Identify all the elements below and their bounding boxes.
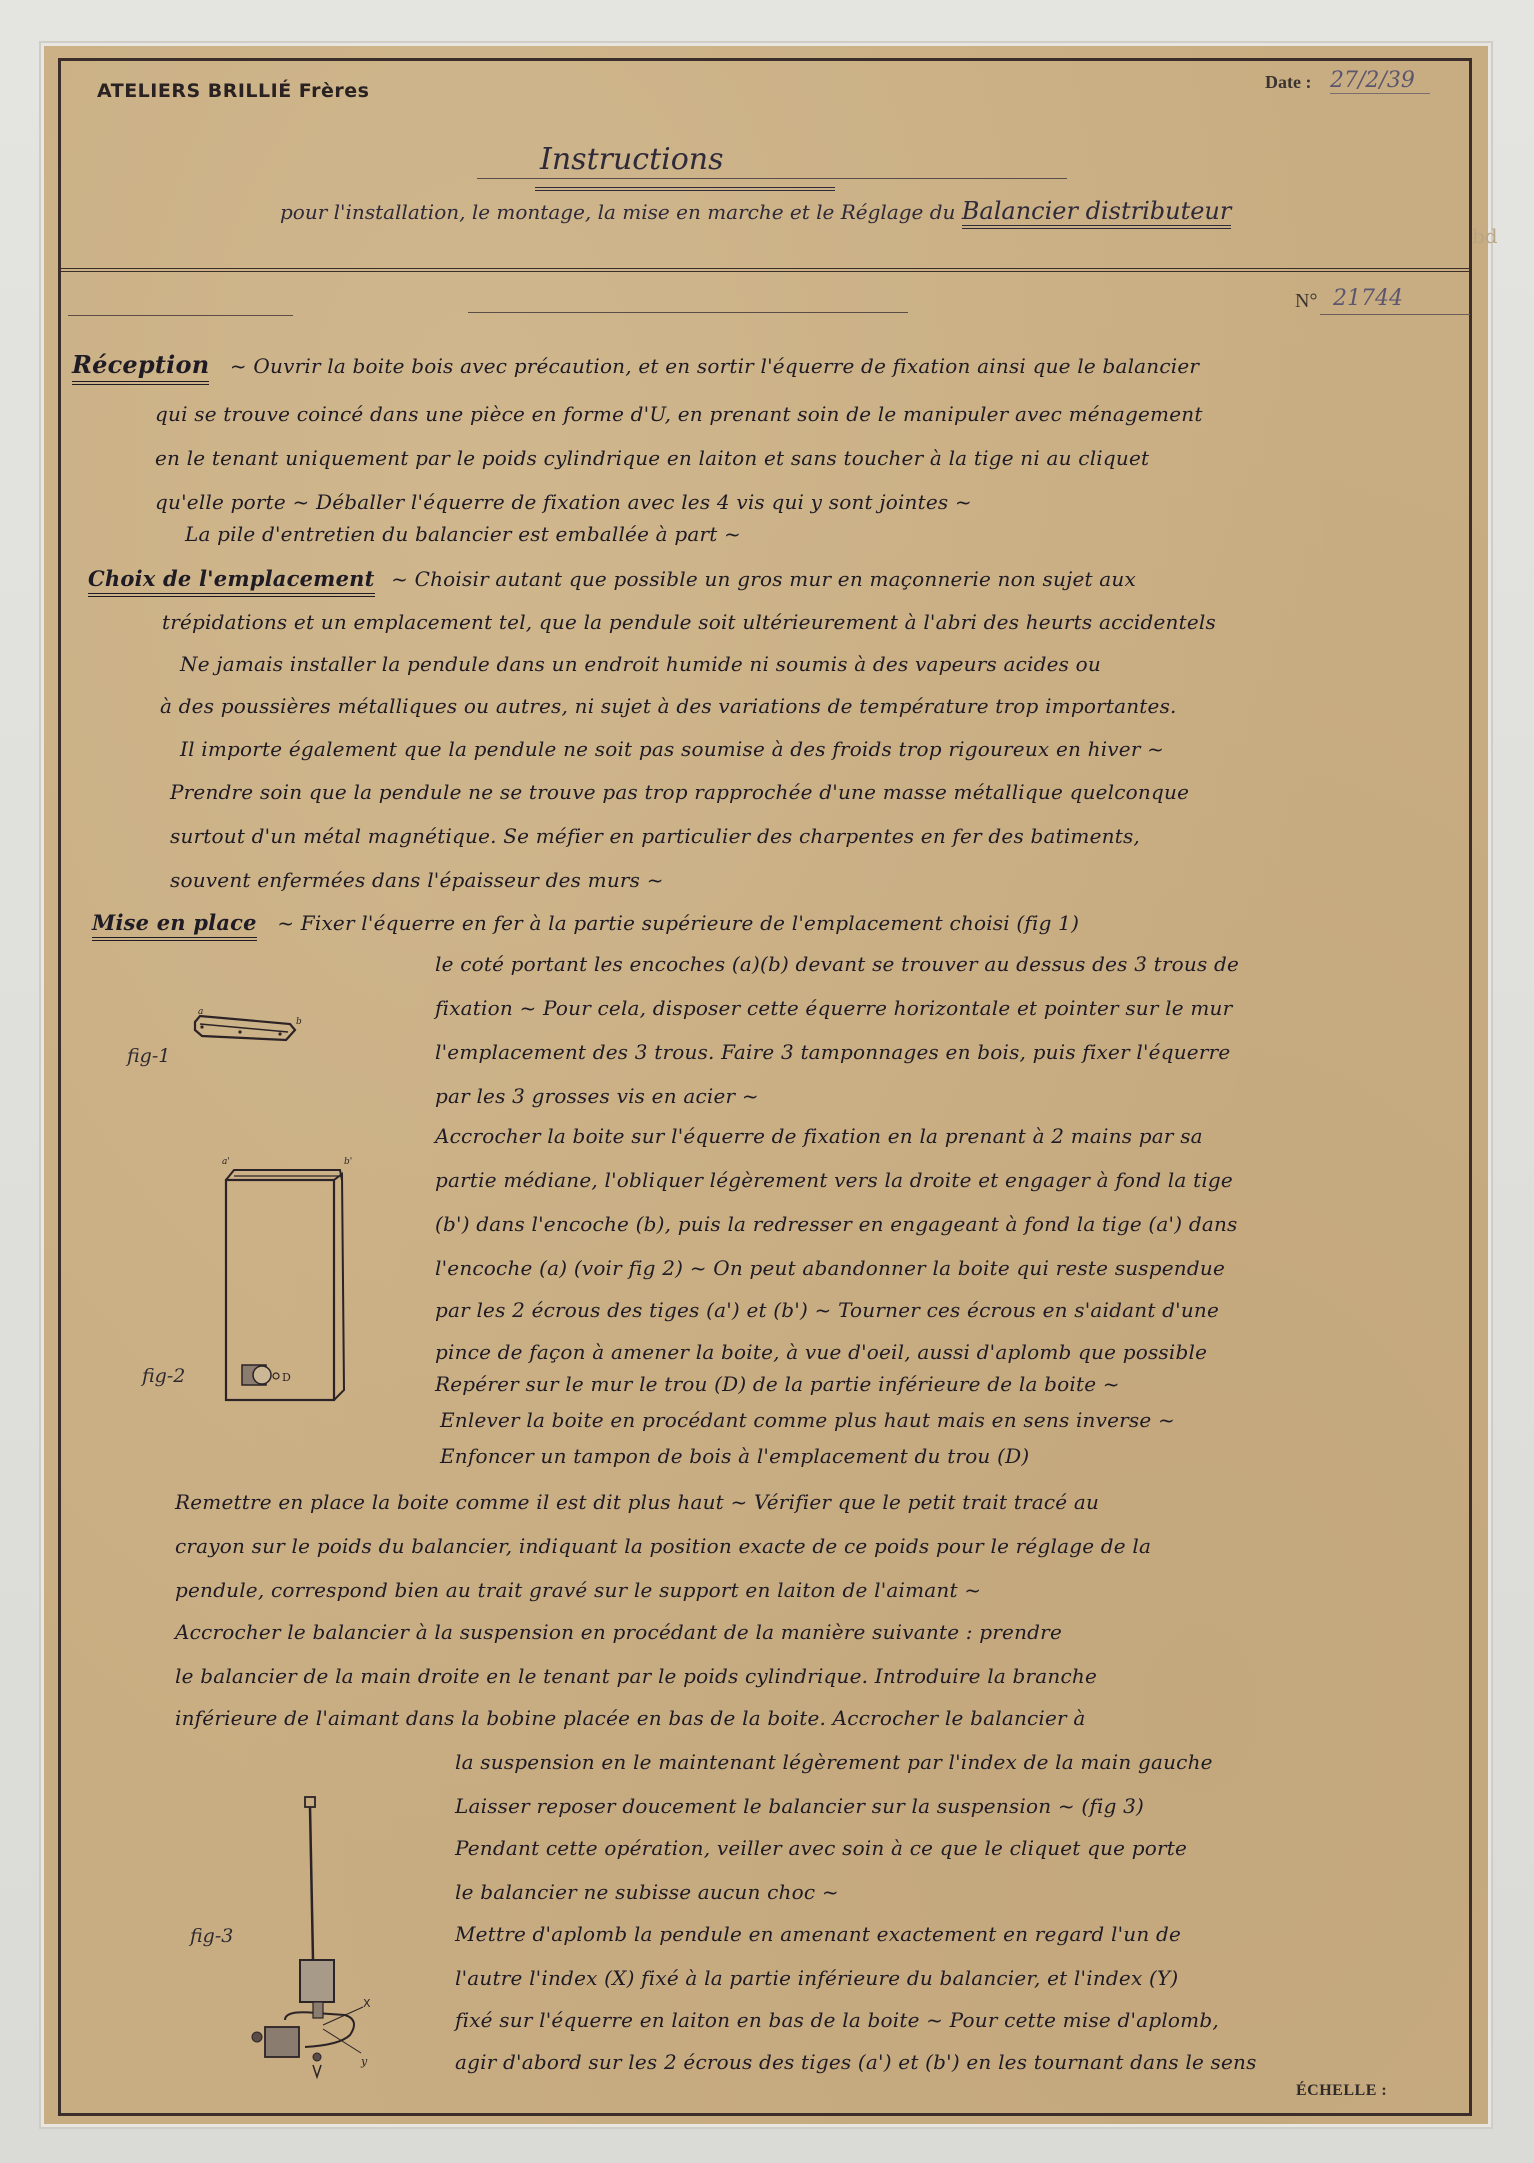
document-subtitle: pour l'installation, le montage, la mise…: [280, 197, 1231, 225]
text-line: Remettre en place la boite comme il est …: [175, 1490, 1099, 1514]
page-mark: bd: [1472, 224, 1498, 248]
text-line: Enlever la boite en procédant comme plus…: [440, 1408, 1175, 1432]
subtitle-highlight: Balancier distributeur: [962, 197, 1232, 229]
fig3-marker-y: y: [360, 2055, 368, 2068]
fig2-marker-b: b': [344, 1157, 352, 1167]
text-line: Ne jamais installer la pendule dans un e…: [180, 652, 1101, 676]
text-line: (b') dans l'encoche (b), puis la redress…: [435, 1212, 1237, 1236]
text-line: qui se trouve coincé dans une pièce en f…: [155, 402, 1203, 426]
fig1-marker-b: b: [296, 1017, 302, 1027]
heading-mise-en-place: Mise en place: [92, 910, 257, 941]
number-value: 21744: [1333, 286, 1403, 311]
text-line: Laisser reposer doucement le balancier s…: [455, 1794, 1144, 1818]
text-line: ~ Fixer l'équerre en fer à la partie sup…: [277, 911, 1079, 935]
text-line: par les 2 écrous des tiges (a') et (b') …: [435, 1298, 1219, 1322]
text-line: par les 3 grosses vis en acier ~: [435, 1084, 759, 1108]
fig3-marker-x: X: [363, 1997, 371, 2010]
fig1-bracket-drawing: a b: [190, 1010, 310, 1060]
text-line: le coté portant les encoches (a)(b) deva…: [435, 952, 1239, 976]
date-label: Date :: [1265, 72, 1311, 93]
header-separator: [58, 268, 1472, 272]
fig2-marker-a: a': [222, 1157, 230, 1167]
scale-label: ÉCHELLE :: [1296, 2082, 1387, 2100]
subtitle-text: pour l'installation, le montage, la mise…: [280, 200, 955, 224]
fig3-pendulum-drawing: X y: [245, 1795, 385, 2080]
number-label: N°: [1295, 290, 1317, 313]
text-line: Mettre d'aplomb la pendule en amenant ex…: [455, 1922, 1181, 1946]
text-line: fixation ~ Pour cela, disposer cette équ…: [435, 996, 1232, 1020]
text-line: qu'elle porte ~ Déballer l'équerre de fi…: [155, 490, 972, 514]
section-mise-en-place: Mise en place ~ Fixer l'équerre en fer à…: [92, 910, 1079, 935]
text-line: Il importe également que la pendule ne s…: [180, 737, 1164, 761]
fig2-marker-d: D: [282, 1371, 291, 1384]
text-line: la suspension en le maintenant légèremen…: [455, 1750, 1213, 1774]
text-line: en le tenant uniquement par le poids cyl…: [155, 446, 1149, 470]
heading-reception: Réception: [72, 350, 209, 385]
text-line: ~ Ouvrir la boite bois avec précaution, …: [230, 354, 1199, 378]
heading-emplacement: Choix de l'emplacement: [88, 566, 375, 597]
text-line: l'autre l'index (X) fixé à la partie inf…: [455, 1966, 1178, 1990]
text-line: l'encoche (a) (voir fig 2) ~ On peut aba…: [435, 1256, 1225, 1280]
text-line: Repérer sur le mur le trou (D) de la par…: [435, 1372, 1120, 1396]
title-rule: [477, 178, 1067, 179]
text-line: fixé sur l'équerre en laiton en bas de l…: [455, 2008, 1219, 2032]
text-line: Accrocher le balancier à la suspension e…: [175, 1620, 1062, 1644]
text-line: Pendant cette opération, veiller avec so…: [455, 1836, 1187, 1860]
fig1-label: fig-1: [127, 1045, 170, 1067]
text-line: trépidations et un emplacement tel, que …: [162, 610, 1216, 634]
document-title: Instructions: [540, 142, 724, 177]
text-line: La pile d'entretien du balancier est emb…: [185, 522, 741, 546]
text-line: Enfoncer un tampon de bois à l'emplaceme…: [440, 1444, 1029, 1468]
text-line: agir d'abord sur les 2 écrous des tiges …: [455, 2050, 1257, 2074]
text-line: partie médiane, l'obliquer légèrement ve…: [435, 1168, 1233, 1192]
text-line: le balancier ne subisse aucun choc ~: [455, 1880, 839, 1904]
fig2-label: fig-2: [142, 1365, 185, 1387]
text-line: ~ Choisir autant que possible un gros mu…: [391, 567, 1136, 591]
text-line: souvent enfermées dans l'épaisseur des m…: [170, 868, 664, 892]
fig2-box-drawing: D a' b': [220, 1150, 360, 1410]
text-line: à des poussières métalliques ou autres, …: [160, 694, 1177, 718]
section-emplacement: Choix de l'emplacement ~ Choisir autant …: [88, 566, 1136, 591]
section-reception: Réception ~ Ouvrir la boite bois avec pr…: [72, 350, 1199, 379]
blank-rule-middle: [468, 312, 908, 313]
text-line: le balancier de la main droite en le ten…: [175, 1664, 1097, 1688]
blank-rule-left: [68, 315, 293, 316]
text-line: Accrocher la boite sur l'équerre de fixa…: [435, 1124, 1203, 1148]
text-line: pendule, correspond bien au trait gravé …: [175, 1578, 981, 1602]
text-line: l'emplacement des 3 trous. Faire 3 tampo…: [435, 1040, 1230, 1064]
text-line: Prendre soin que la pendule ne se trouve…: [170, 780, 1189, 804]
title-underline: [535, 187, 835, 191]
number-rule: [1320, 314, 1470, 315]
fig3-label: fig-3: [190, 1925, 233, 1947]
text-line: crayon sur le poids du balancier, indiqu…: [175, 1534, 1151, 1558]
company-name: ATELIERS BRILLIÉ Frères: [97, 80, 369, 102]
text-line: surtout d'un métal magnétique. Se méfier…: [170, 824, 1140, 848]
text-line: inférieure de l'aimant dans la bobine pl…: [175, 1706, 1086, 1730]
text-line: pince de façon à amener la boite, à vue …: [435, 1340, 1207, 1364]
date-value: 27/2/39: [1330, 68, 1430, 94]
fig1-marker-a: a: [198, 1007, 203, 1017]
